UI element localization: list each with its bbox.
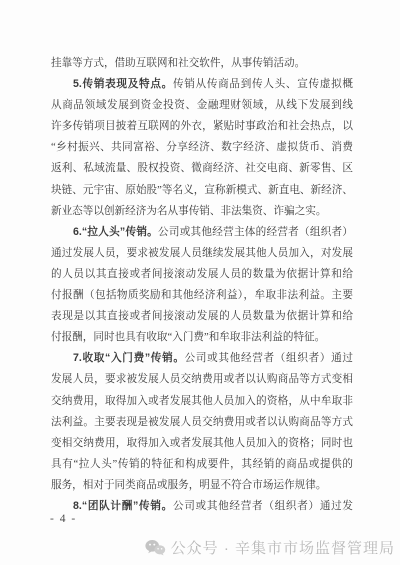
text-run: 挂靠等方式，借助互联网和社交软件，从事传销活动。: [51, 58, 305, 69]
text-run: 的人员以其直接或者间接滚动发展人员的数量为依据计算和给: [51, 269, 353, 280]
text-line: 付报酬（包括物质奖励和其他经济利益），牟取非法利益。主要: [51, 285, 353, 306]
text-run: 从商品领域发展到资金投资、金融理财领域，从线下发展到线上。: [51, 100, 353, 116]
text-line: 5.传销表现及特点。传销从传商品到传人头、宣传虚拟概念，: [51, 74, 353, 95]
section-heading: 5.传销表现及特点。: [73, 78, 173, 90]
text-run: 返利、私域流量、股权投资、微商经济、社交电商、新零售、区: [51, 163, 353, 174]
text-run: 公司或其他经营者（组织者）通过发: [173, 501, 353, 512]
text-run: 表现是以其直接或者间接滚动发展的人员数量为依据计算和给: [51, 311, 353, 322]
section-heading: 6.“拉人头”传销。: [73, 226, 158, 238]
text-run: 块链、元宇宙、原始股”等名义，宣称新模式、新直电、新经济、: [51, 185, 353, 196]
text-line: 许多传销项目披着互联网的外衣，紧贴时事政治和社会热点，以: [51, 116, 353, 137]
text-run: 公司或其他经营主体的经营者（组织者）: [158, 227, 353, 238]
section-heading: 8.“团队计酬”传销。: [73, 500, 173, 512]
text-run: 变相交纳费用，取得加入或者发展其他人员加入的资格；同时也: [51, 438, 353, 449]
text-run: 发展人员，要求被发展人员交纳费用或者以认购商品等方式变相: [51, 374, 353, 385]
text-line: 交纳费用，取得加入或者发展其他人员加入的资格，从中牟取非: [51, 391, 353, 412]
text-run: 付报酬（包括物质奖励和其他经济利益），牟取非法利益。主要: [51, 290, 353, 301]
text-run: 具有“拉人头”传销的特征和构成要件，其经销的商品或提供的: [51, 459, 353, 470]
document-page: 挂靠等方式，借助互联网和社交软件，从事传销活动。5.传销表现及特点。传销从传商品…: [0, 0, 400, 565]
watermark-footer: 公众号 · 辛集市市场监督管理局: [145, 537, 395, 558]
text-run: 许多传销项目披着互联网的外衣，紧贴时事政治和社会热点，以: [51, 121, 353, 132]
text-run: 法利益。主要表现是被发展人员交纳费用或者以认购商品等方式: [51, 417, 353, 428]
watermark-text: 公众号 · 辛集市市场监督管理局: [171, 537, 395, 558]
text-line: 具有“拉人头”传销的特征和构成要件，其经销的商品或提供的: [51, 454, 353, 475]
text-run: 付报酬，同时也具有收取“入门费”和牟取非法利益的特征。: [51, 332, 325, 343]
text-line: 返利、私域流量、股权投资、微商经济、社交电商、新零售、区: [51, 158, 353, 179]
text-line: 6.“拉人头”传销。公司或其他经营主体的经营者（组织者）: [51, 222, 353, 243]
text-line: 服务，相对于同类商品或服务，明显不符合市场运作规律。: [51, 475, 353, 496]
text-line: 表现是以其直接或者间接滚动发展的人员数量为依据计算和给: [51, 306, 353, 327]
page-number: - 4 -: [50, 513, 77, 525]
document-body: 挂靠等方式，借助互联网和社交软件，从事传销活动。5.传销表现及特点。传销从传商品…: [51, 53, 353, 517]
text-line: 块链、元宇宙、原始股”等名义，宣称新模式、新直电、新经济、: [51, 180, 353, 201]
text-run: 交纳费用，取得加入或者发展其他人员加入的资格，从中牟取非: [51, 396, 353, 407]
text-line: 的人员以其直接或者间接滚动发展人员的数量为依据计算和给: [51, 264, 353, 285]
text-line: 8.“团队计酬”传销。公司或其他经营者（组织者）通过发: [51, 496, 353, 517]
text-run: 服务，相对于同类商品或服务，明显不符合市场运作规律。: [51, 480, 326, 491]
text-line: 变相交纳费用，取得加入或者发展其他人员加入的资格；同时也: [51, 433, 353, 454]
text-line: 通过发展人员，要求被发展人员继续发展其他人员加入，对发展: [51, 243, 353, 264]
text-line: 发展人员，要求被发展人员交纳费用或者以认购商品等方式变相: [51, 369, 353, 390]
text-run: “乡村振兴、共同富裕、分享经济、数字经济、虚拟货币、消费: [51, 142, 353, 153]
section-heading: 7.收取“入门费”传销。: [73, 352, 185, 364]
text-line: 挂靠等方式，借助互联网和社交软件，从事传销活动。: [51, 53, 353, 74]
text-line: 从商品领域发展到资金投资、金融理财领域，从线下发展到线上。: [51, 95, 353, 116]
text-run: 公司或其他经营者（组织者）通过: [185, 353, 353, 364]
text-line: 新业态等以创新经济为名从事传销、非法集资、诈骗之实。: [51, 201, 353, 222]
text-run: 通过发展人员，要求被发展人员继续发展其他人员加入，对发展: [51, 248, 353, 259]
text-line: “乡村振兴、共同富裕、分享经济、数字经济、虚拟货币、消费: [51, 137, 353, 158]
text-line: 法利益。主要表现是被发展人员交纳费用或者以认购商品等方式: [51, 412, 353, 433]
text-line: 7.收取“入门费”传销。公司或其他经营者（组织者）通过: [51, 348, 353, 369]
text-line: 付报酬，同时也具有收取“入门费”和牟取非法利益的特征。: [51, 327, 353, 348]
wechat-icon: [145, 539, 166, 556]
text-run: 新业态等以创新经济为名从事传销、非法集资、诈骗之实。: [51, 206, 326, 217]
